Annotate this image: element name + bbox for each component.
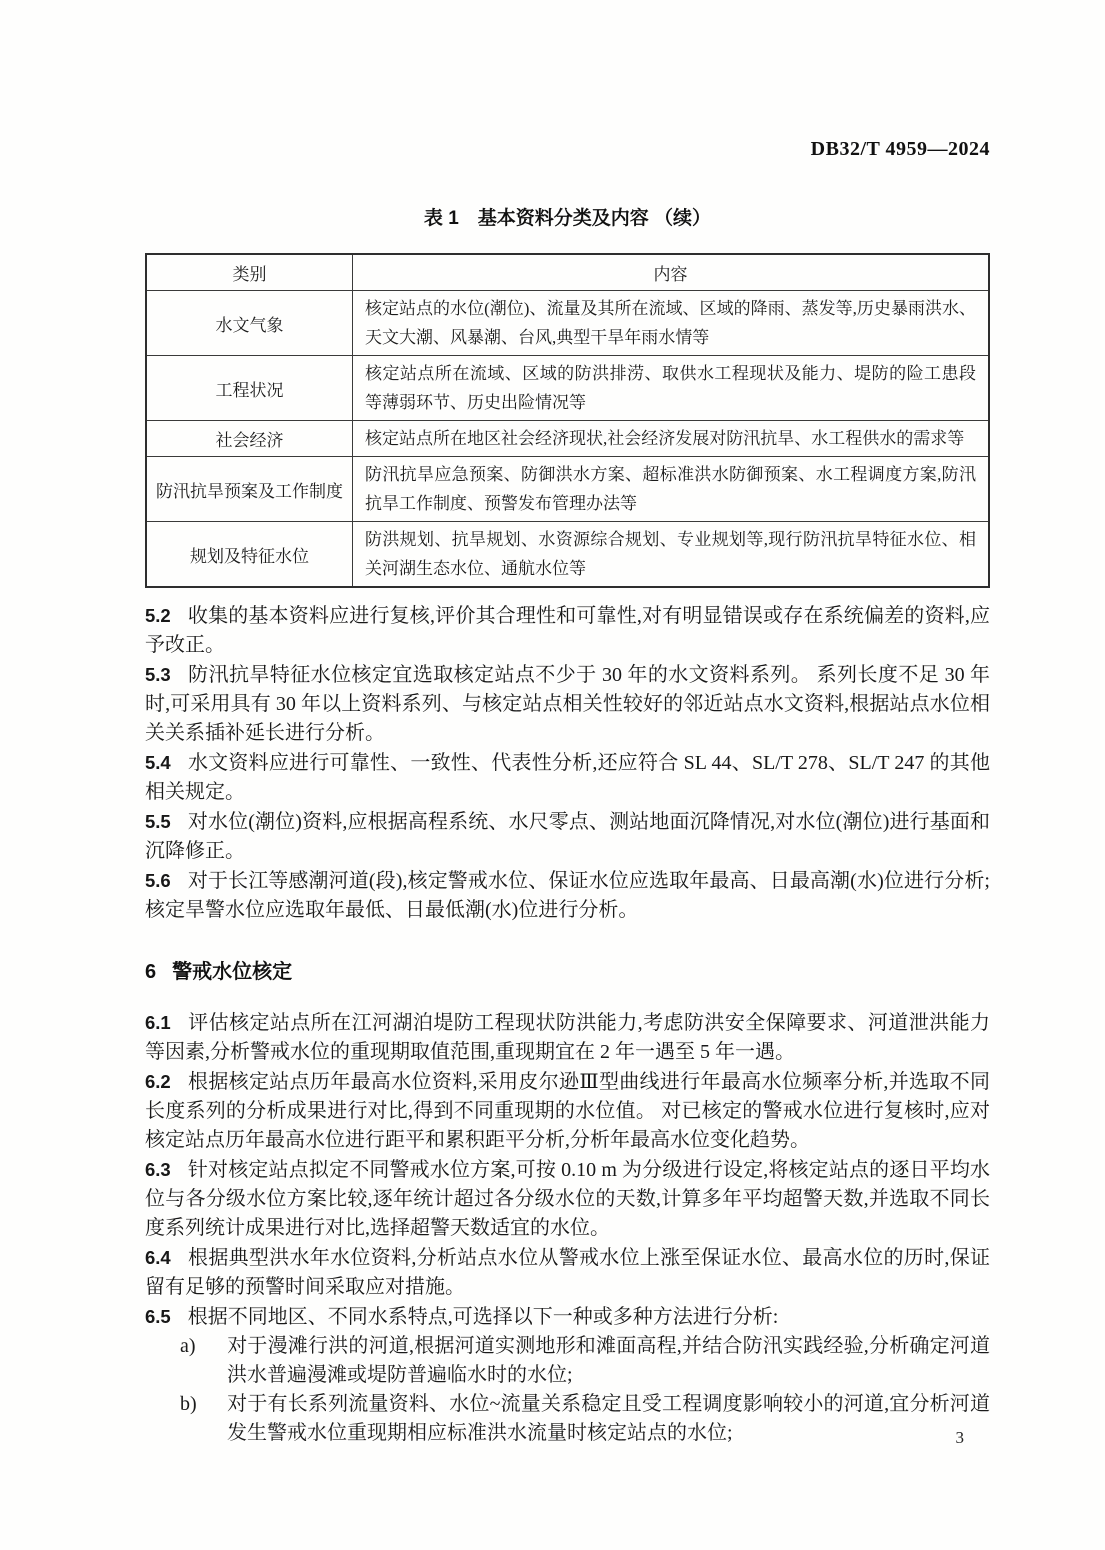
category-cell: 工程状况 [146, 356, 353, 421]
section-5-clauses: 5.2收集的基本资料应进行复核,评价其合理性和可靠性,对有明显错误或存在系统偏差… [145, 601, 990, 925]
clause-text: 对水位(潮位)资料,应根据高程系统、水尺零点、测站地面沉降情况,对水位(潮位)进… [145, 811, 990, 862]
clause-5-6: 5.6对于长江等感潮河道(段),核定警戒水位、保证水位应选取年最高、日最高潮(水… [145, 866, 990, 925]
table-row: 防汛抗旱预案及工作制度 防汛抗旱应急预案、防御洪水方案、超标准洪水防御预案、水工… [146, 457, 989, 522]
clause-text: 根据典型洪水年水位资料,分析站点水位从警戒水位上涨至保证水位、最高水位的历时,保… [145, 1247, 990, 1298]
section-6-heading: 6警戒水位核定 [145, 958, 990, 987]
clause-5-3: 5.3防汛抗旱特征水位核定宜选取核定站点不少于 30 年的水文资料系列。 系列长… [145, 660, 990, 748]
clause-6-4: 6.4根据典型洪水年水位资料,分析站点水位从警戒水位上涨至保证水位、最高水位的历… [145, 1243, 990, 1302]
page-content: DB32/T 4959—2024 表 1 基本资料分类及内容 （续） 类别 内容… [145, 0, 990, 1448]
list-marker: a) [180, 1332, 227, 1361]
table-title: 表 1 基本资料分类及内容 （续） [145, 203, 990, 230]
clause-number: 5.4 [145, 752, 171, 773]
clause-number: 5.3 [145, 664, 171, 685]
clause-6-1: 6.1评估核定站点所在江河湖泊堤防工程现状防洪能力,考虑防洪安全保障要求、河道泄… [145, 1008, 990, 1067]
list-item-b: b)对于有长系列流量资料、水位~流量关系稳定且受工程调度影响较小的河道,宜分析河… [145, 1390, 990, 1448]
clause-number: 5.2 [145, 605, 171, 626]
clause-5-4: 5.4水文资料应进行可靠性、一致性、代表性分析,还应符合 SL 44、SL/T … [145, 748, 990, 807]
page-number: 3 [956, 1428, 965, 1448]
table-row: 规划及特征水位 防洪规划、抗旱规划、水资源综合规划、专业规划等,现行防汛抗旱特征… [146, 522, 989, 588]
clause-5-5: 5.5对水位(潮位)资料,应根据高程系统、水尺零点、测站地面沉降情况,对水位(潮… [145, 807, 990, 866]
category-cell: 规划及特征水位 [146, 522, 353, 588]
clause-text: 收集的基本资料应进行复核,评价其合理性和可靠性,对有明显错误或存在系统偏差的资料… [145, 605, 990, 656]
clause-number: 5.6 [145, 870, 171, 891]
clause-text: 根据核定站点历年最高水位资料,采用皮尔逊Ⅲ型曲线进行年最高水位频率分析,并选取不… [145, 1071, 990, 1151]
category-cell: 水文气象 [146, 291, 353, 356]
column-header-category: 类别 [146, 254, 353, 291]
clause-5-2: 5.2收集的基本资料应进行复核,评价其合理性和可靠性,对有明显错误或存在系统偏差… [145, 601, 990, 660]
table-header-row: 类别 内容 [146, 254, 989, 291]
section-title: 警戒水位核定 [172, 961, 292, 983]
table-row: 工程状况 核定站点所在流域、区域的防洪排涝、取供水工程现状及能力、堤防的险工患段… [146, 356, 989, 421]
section-number: 6 [145, 961, 156, 983]
content-cell: 防洪规划、抗旱规划、水资源综合规划、专业规划等,现行防汛抗旱特征水位、相关河湖生… [353, 522, 990, 588]
section-6-clauses: 6.1评估核定站点所在江河湖泊堤防工程现状防洪能力,考虑防洪安全保障要求、河道泄… [145, 1008, 990, 1448]
document-page: DB32/T 4959—2024 表 1 基本资料分类及内容 （续） 类别 内容… [0, 0, 1105, 1550]
list-item-text: 对于漫滩行洪的河道,根据河道实测地形和滩面高程,并结合防汛实践经验,分析确定河道… [227, 1335, 990, 1386]
standard-number: DB32/T 4959—2024 [145, 138, 990, 161]
content-cell: 核定站点所在流域、区域的防洪排涝、取供水工程现状及能力、堤防的险工患段等薄弱环节… [353, 356, 990, 421]
table-row: 水文气象 核定站点的水位(潮位)、流量及其所在流域、区域的降雨、蒸发等,历史暴雨… [146, 291, 989, 356]
clause-text: 针对核定站点拟定不同警戒水位方案,可按 0.10 m 为分级进行设定,将核定站点… [145, 1159, 990, 1239]
clause-number: 6.4 [145, 1247, 171, 1268]
content-cell: 核定站点所在地区社会经济现状,社会经济发展对防汛抗旱、水工程供水的需求等 [353, 421, 990, 457]
clause-text: 防汛抗旱特征水位核定宜选取核定站点不少于 30 年的水文资料系列。 系列长度不足… [145, 664, 990, 744]
category-cell: 社会经济 [146, 421, 353, 457]
content-cell: 核定站点的水位(潮位)、流量及其所在流域、区域的降雨、蒸发等,历史暴雨洪水、天文… [353, 291, 990, 356]
clause-text: 根据不同地区、不同水系特点,可选择以下一种或多种方法进行分析: [188, 1306, 779, 1328]
list-item-a: a)对于漫滩行洪的河道,根据河道实测地形和滩面高程,并结合防汛实践经验,分析确定… [145, 1332, 990, 1390]
clause-6-5: 6.5根据不同地区、不同水系特点,可选择以下一种或多种方法进行分析: [145, 1302, 990, 1332]
clause-text: 水文资料应进行可靠性、一致性、代表性分析,还应符合 SL 44、SL/T 278… [145, 752, 990, 803]
clause-number: 6.1 [145, 1012, 171, 1033]
clause-number: 6.3 [145, 1159, 171, 1180]
table-row: 社会经济 核定站点所在地区社会经济现状,社会经济发展对防汛抗旱、水工程供水的需求… [146, 421, 989, 457]
clause-number: 6.2 [145, 1071, 171, 1092]
content-cell: 防汛抗旱应急预案、防御洪水方案、超标准洪水防御预案、水工程调度方案,防汛抗旱工作… [353, 457, 990, 522]
basic-data-table: 类别 内容 水文气象 核定站点的水位(潮位)、流量及其所在流域、区域的降雨、蒸发… [145, 253, 990, 588]
category-cell: 防汛抗旱预案及工作制度 [146, 457, 353, 522]
clause-6-2: 6.2根据核定站点历年最高水位资料,采用皮尔逊Ⅲ型曲线进行年最高水位频率分析,并… [145, 1067, 990, 1155]
clause-text: 对于长江等感潮河道(段),核定警戒水位、保证水位应选取年最高、日最高潮(水)位进… [145, 870, 990, 921]
list-marker: b) [180, 1390, 227, 1419]
clause-number: 6.5 [145, 1306, 171, 1327]
column-header-content: 内容 [353, 254, 990, 291]
clause-number: 5.5 [145, 811, 171, 832]
list-item-text: 对于有长系列流量资料、水位~流量关系稳定且受工程调度影响较小的河道,宜分析河道发… [227, 1393, 990, 1444]
clause-6-3: 6.3针对核定站点拟定不同警戒水位方案,可按 0.10 m 为分级进行设定,将核… [145, 1155, 990, 1243]
clause-text: 评估核定站点所在江河湖泊堤防工程现状防洪能力,考虑防洪安全保障要求、河道泄洪能力… [145, 1012, 990, 1063]
